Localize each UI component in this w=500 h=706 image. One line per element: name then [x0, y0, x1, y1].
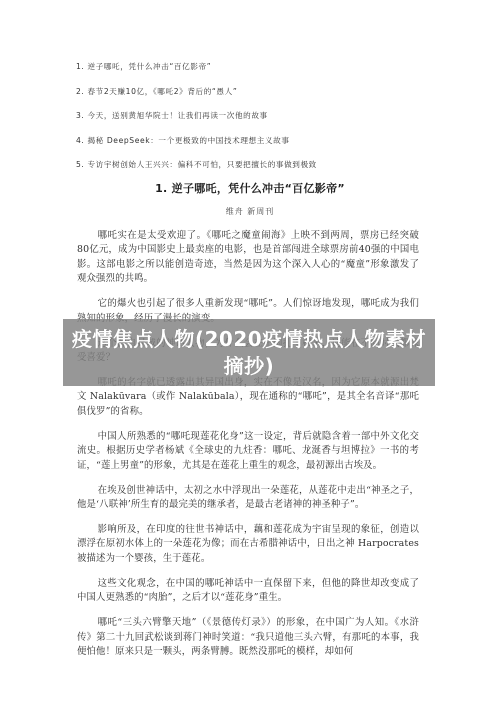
table-of-contents: 1. 逆子哪吒，凭什么冲击“百亿影帝” 2. 春节2天赚10亿，《哪吒2》背后的…	[76, 58, 436, 181]
paragraph: 哪吒实在是太受欢迎了。《哪吒之魔童闹海》上映不到两周，票房已经突破80亿元，成为…	[77, 229, 419, 287]
article-body: 哪吒实在是太受欢迎了。《哪吒之魔童闹海》上映不到两周，票房已经突破80亿元，成为…	[77, 229, 419, 670]
paragraph: 中国人所熟悉的“哪吒现莲花化身”这一设定，背后就隐含着一部中外文化交流史。根据历…	[77, 430, 419, 473]
paragraph: 哪吒“三头六臂擎天地”（《景德传灯录》）的形象，在中国广为人知。《水浒传》第二十…	[77, 616, 419, 659]
toc-item: 3. 今天，送别黄旭华院士！让我们再读一次他的故事	[76, 107, 436, 132]
toc-item: 5. 专访宇树创始人王兴兴：偏科不可怕，只要把擅长的事做到极致	[76, 156, 436, 181]
overlay-title: 疫情焦点人物(2020疫情热点人物素材摘抄)	[69, 326, 429, 380]
paragraph: 影响所及，在印度的往世书神话中，藕和莲花成为宇宙呈现的象征，创造以漂浮在原初水体…	[77, 523, 419, 566]
document-page: 1. 逆子哪吒，凭什么冲击“百亿影帝” 2. 春节2天赚10亿，《哪吒2》背后的…	[0, 0, 500, 706]
article-byline: 维舟 新周刊	[0, 206, 500, 217]
toc-item: 4. 揭秘 DeepSeek：一个更极致的中国技术理想主义故事	[76, 132, 436, 157]
paragraph: 在埃及创世神话中，太初之水中浮现出一朵莲花，从莲花中走出“神圣之子，他是‘八联神…	[77, 484, 419, 513]
title-overlay-banner: 疫情焦点人物(2020疫情热点人物素材摘抄)	[63, 319, 435, 386]
paragraph: 这些文化观念，在中国的哪吒神话中一直保留下来，但他的降世却改变成了中国人更熟悉的…	[77, 577, 419, 606]
toc-item: 2. 春节2天赚10亿，《哪吒2》背后的“愚人”	[76, 83, 436, 108]
article-title: 1. 逆子哪吒，凭什么冲击“百亿影帝”	[0, 180, 500, 196]
toc-item: 1. 逆子哪吒，凭什么冲击“百亿影帝”	[76, 58, 436, 83]
